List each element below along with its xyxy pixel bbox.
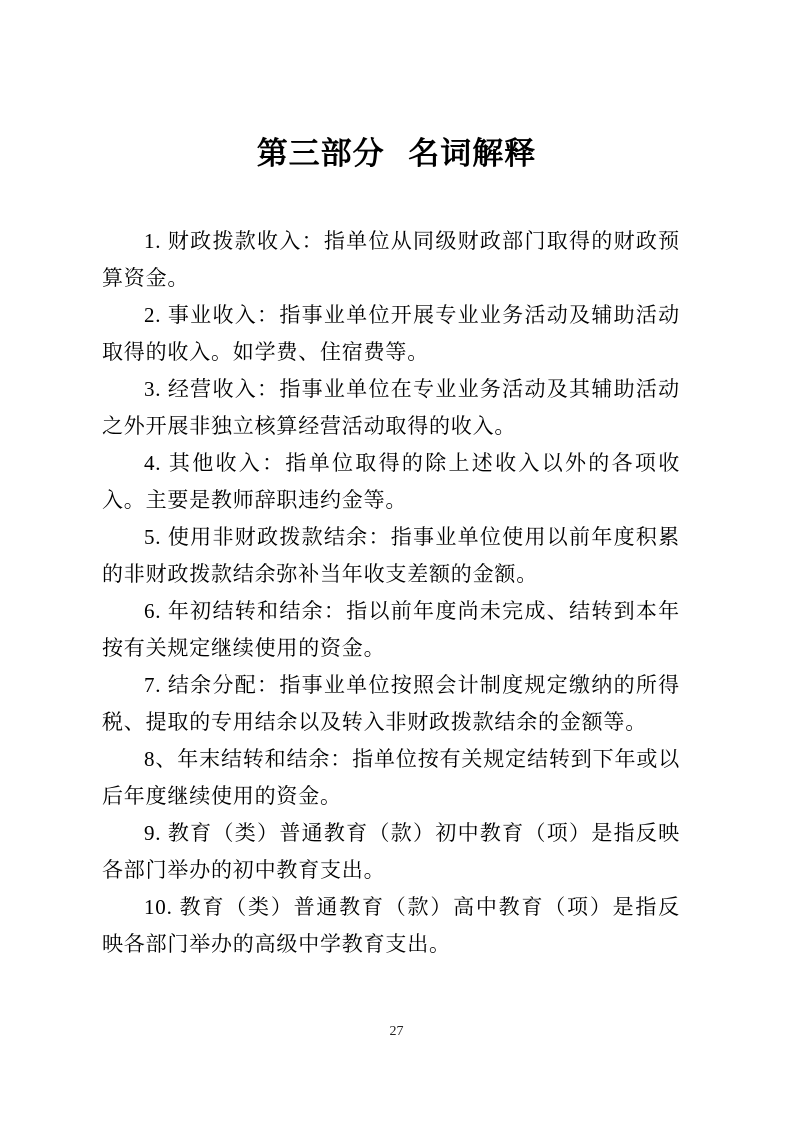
- definition-paragraph: 5. 使用非财政拨款结余：指事业单位使用以前年度积累的非财政拨款结余弥补当年收支…: [102, 519, 680, 593]
- page-footer: 27: [0, 1022, 793, 1040]
- definition-paragraph: 4. 其他收入：指单位取得的除上述收入以外的各项收入。主要是教师辞职违约金等。: [102, 445, 680, 519]
- definition-paragraph: 3. 经营收入：指事业单位在专业业务活动及其辅助活动之外开展非独立核算经营活动取…: [102, 371, 680, 445]
- definition-paragraph: 1. 财政拨款收入：指单位从同级财政部门取得的财政预算资金。: [102, 223, 680, 297]
- page-number: 27: [390, 1024, 404, 1039]
- document-page: 第三部分 名词解释 1. 财政拨款收入：指单位从同级财政部门取得的财政预算资金。…: [0, 0, 793, 1122]
- definition-paragraph: 2. 事业收入：指事业单位开展专业业务活动及辅助活动取得的收入。如学费、住宿费等…: [102, 297, 680, 371]
- definition-paragraph: 10. 教育（类）普通教育（款）高中教育（项）是指反映各部门举办的高级中学教育支…: [102, 889, 680, 963]
- definition-paragraph: 8、年末结转和结余：指单位按有关规定结转到下年或以后年度继续使用的资金。: [102, 741, 680, 815]
- definitions-list: 1. 财政拨款收入：指单位从同级财政部门取得的财政预算资金。2. 事业收入：指事…: [102, 223, 680, 963]
- page-title: 第三部分 名词解释: [0, 0, 793, 174]
- definition-paragraph: 6. 年初结转和结余：指以前年度尚未完成、结转到本年按有关规定继续使用的资金。: [102, 593, 680, 667]
- definition-paragraph: 9. 教育（类）普通教育（款）初中教育（项）是指反映各部门举办的初中教育支出。: [102, 815, 680, 889]
- definition-paragraph: 7. 结余分配：指事业单位按照会计制度规定缴纳的所得税、提取的专用结余以及转入非…: [102, 667, 680, 741]
